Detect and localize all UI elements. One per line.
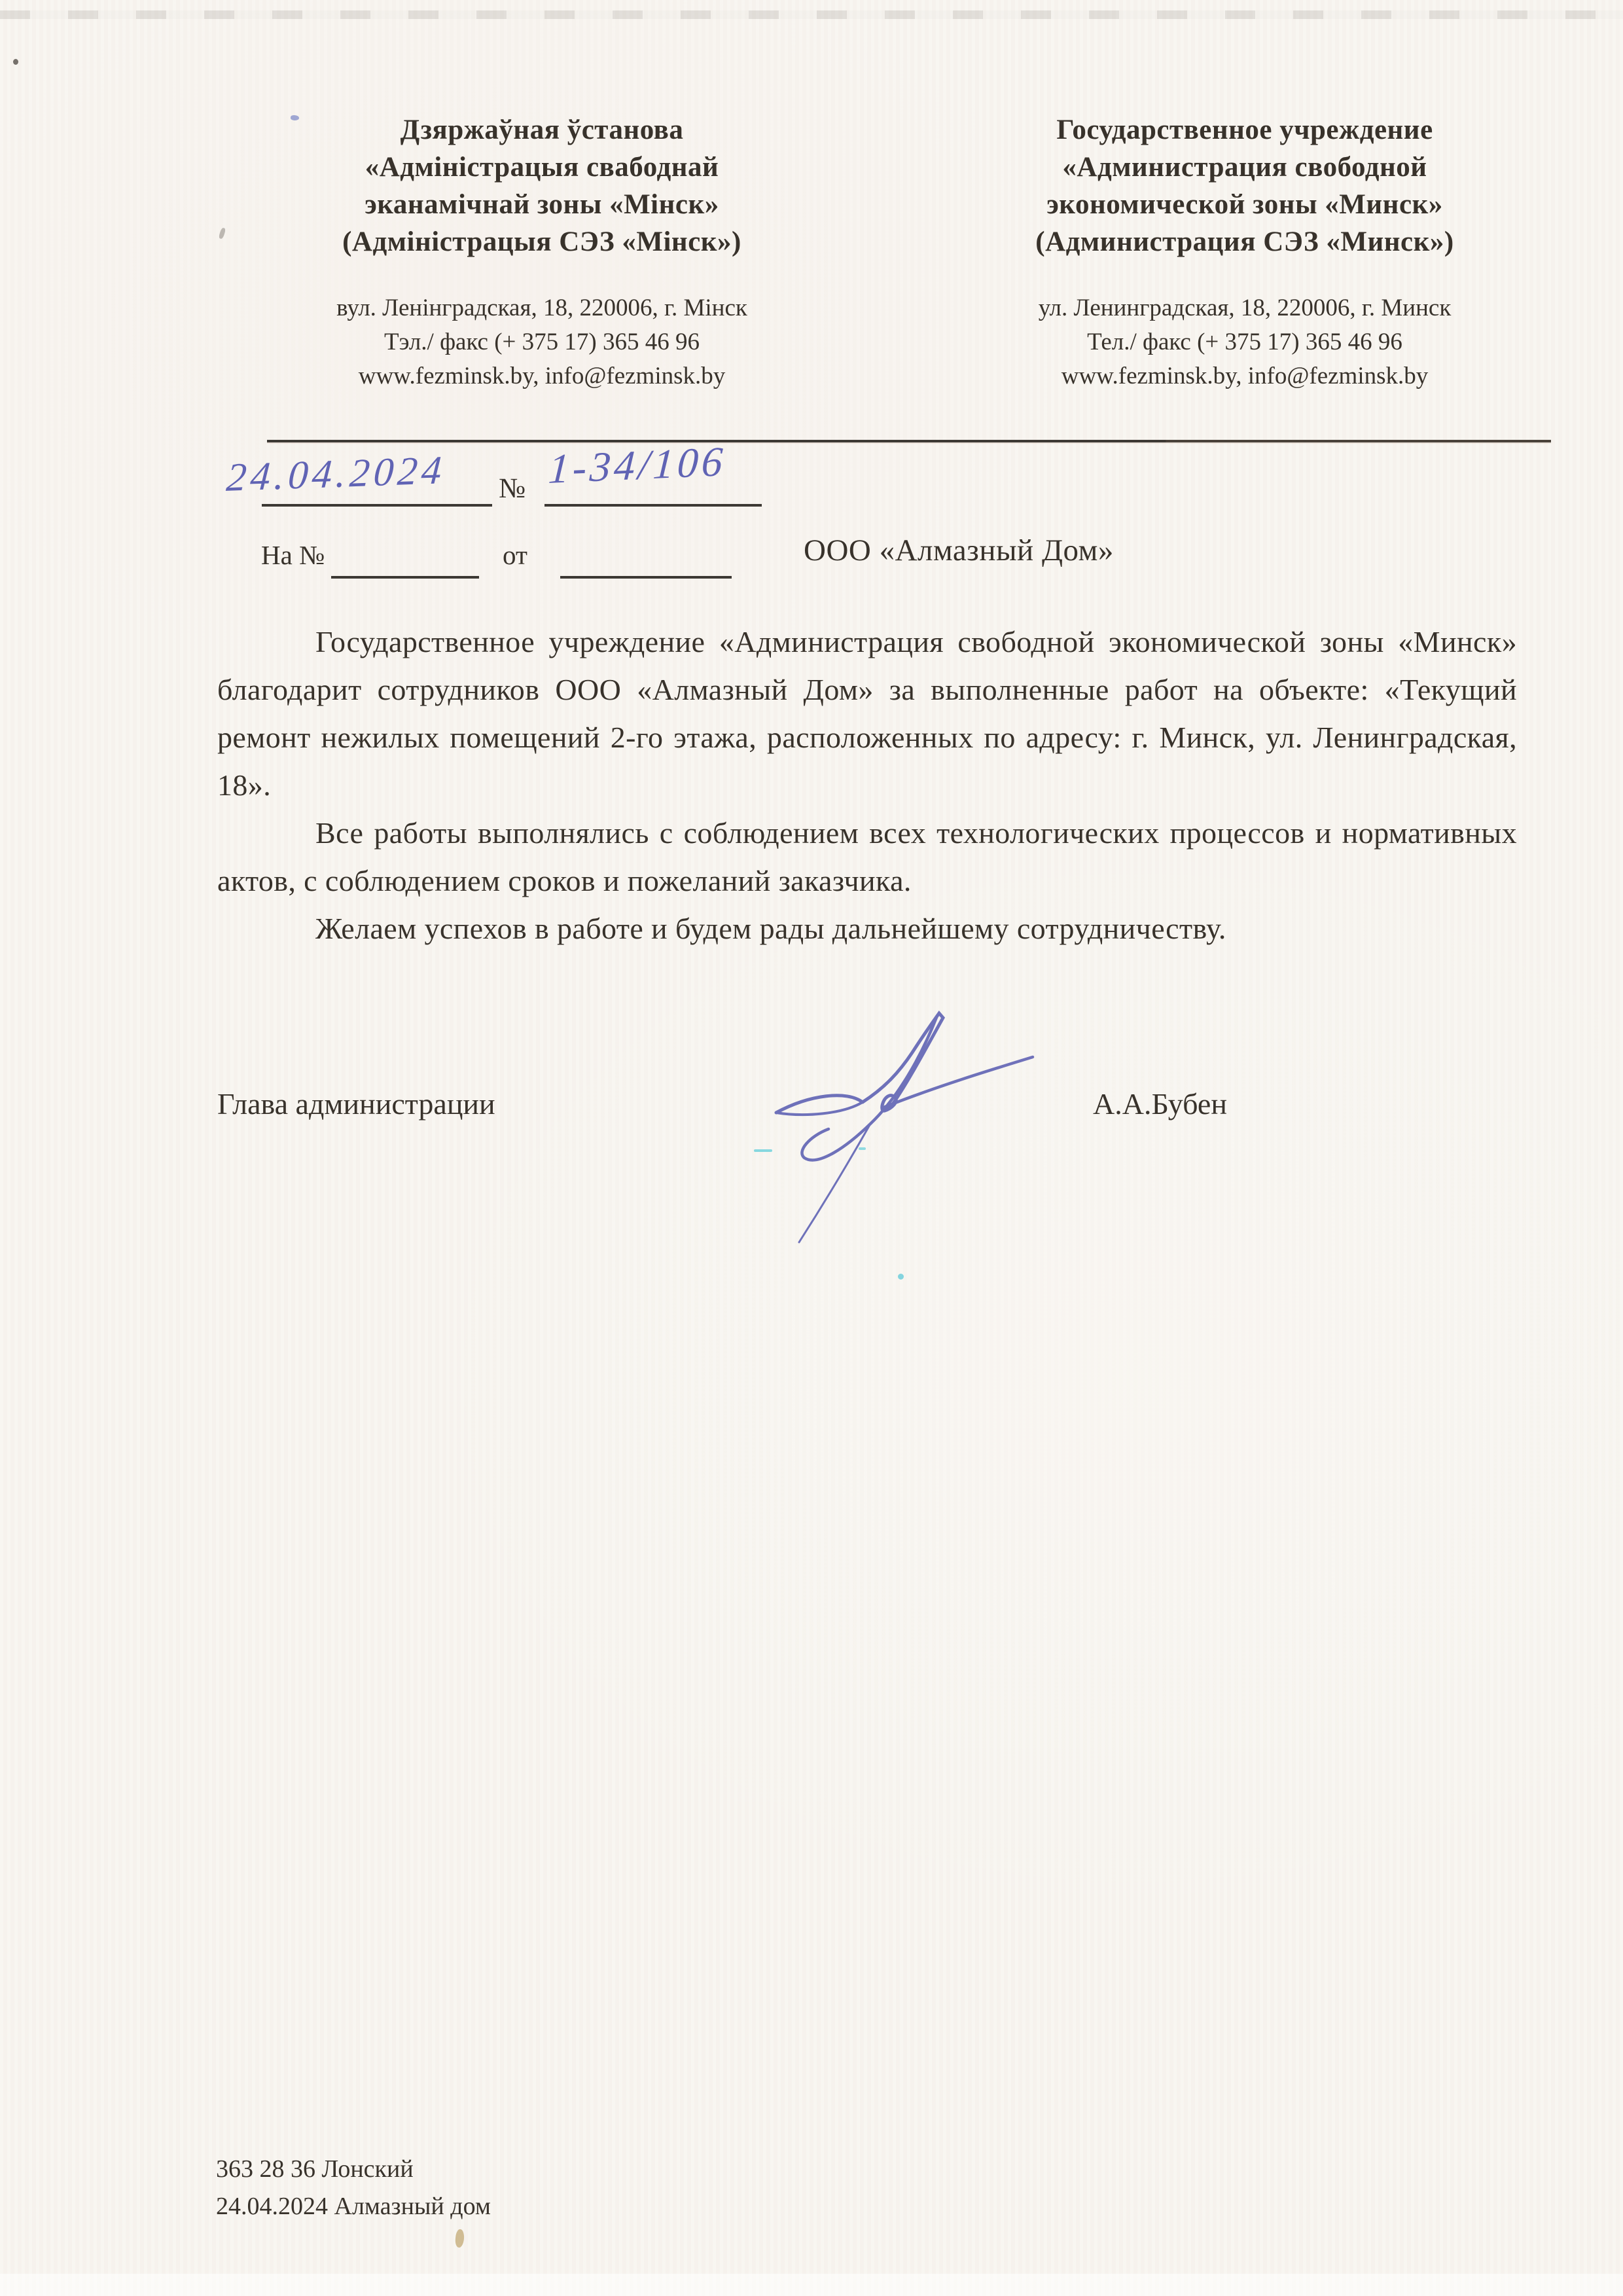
address-line: вул. Ленінградская, 18, 220006, г. Мінск [267, 291, 817, 325]
letterhead-belarusian: Дзяржаўная ўстанова «Адміністрацыя свабо… [267, 111, 817, 393]
footer-contact-line: 363 28 36 Лонский [216, 2151, 491, 2188]
reply-date-underline [560, 576, 732, 579]
org-address-ru: ул. Ленинградская, 18, 220006, г. Минск … [970, 291, 1520, 393]
body-paragraph: Государственное учреждение «Администраци… [217, 618, 1517, 809]
number-underline [544, 504, 762, 507]
scanner-edge-artifact-top [0, 10, 1623, 19]
address-line: Тел./ факс (+ 375 17) 365 46 96 [970, 325, 1520, 359]
paper-speck [219, 227, 226, 239]
address-line: ул. Ленинградская, 18, 220006, г. Минск [970, 291, 1520, 325]
letterhead-russian: Государственное учреждение «Администраци… [970, 111, 1520, 393]
scanner-edge-artifact-bottom [0, 2274, 1623, 2296]
org-title-line: эканамічнай зоны «Мінск» [267, 186, 817, 223]
footer-block: 363 28 36 Лонский 24.04.2024 Алмазный до… [216, 2151, 491, 2225]
body-paragraph: Все работы выполнялись с соблюдением все… [217, 809, 1517, 905]
org-title-line: «Адміністрацыя свабоднай [267, 149, 817, 186]
address-line: www.fezminsk.by, info@fezminsk.by [267, 359, 817, 393]
paper-speck [13, 59, 18, 65]
letter-body: Государственное учреждение «Администраци… [217, 618, 1517, 952]
paper-speck [898, 1274, 904, 1280]
reply-number-underline [331, 576, 479, 579]
org-title-line: Государственное учреждение [970, 111, 1520, 149]
org-title-by: Дзяржаўная ўстанова «Адміністрацыя свабо… [267, 111, 817, 260]
org-title-line: Дзяржаўная ўстанова [267, 111, 817, 149]
org-title-line: (Адміністрацыя СЭЗ «Мінск») [267, 223, 817, 260]
handwritten-outgoing-date: 24.04.2024 [225, 448, 447, 501]
paper-speck [455, 2229, 465, 2248]
reply-from-label: от [503, 539, 527, 571]
address-line: www.fezminsk.by, info@fezminsk.by [970, 359, 1520, 393]
date-underline [262, 504, 492, 507]
paper-speck [859, 1147, 866, 1150]
number-sign-label: № [499, 473, 526, 505]
org-title-line: (Администрация СЭЗ «Минск») [970, 223, 1520, 260]
signer-name: А.А.Бубен [1093, 1086, 1227, 1121]
signer-position: Глава администрации [217, 1086, 495, 1121]
org-title-line: «Администрация свободной [970, 149, 1520, 186]
address-line: Тэл./ факс (+ 375 17) 365 46 96 [267, 325, 817, 359]
reply-to-number-label: На № [261, 539, 325, 571]
paper-speck [754, 1149, 772, 1152]
footer-date-line: 24.04.2024 Алмазный дом [216, 2188, 491, 2225]
org-title-ru: Государственное учреждение «Администраци… [970, 111, 1520, 260]
recipient-name: ООО «Алмазный Дом» [804, 533, 1114, 568]
org-title-line: экономической зоны «Минск» [970, 186, 1520, 223]
scanned-letter-page: Дзяржаўная ўстанова «Адміністрацыя свабо… [0, 0, 1623, 2296]
body-paragraph: Желаем успехов в работе и будем рады дал… [217, 905, 1517, 952]
letterhead-separator-line [267, 440, 1551, 442]
org-address-by: вул. Ленінградская, 18, 220006, г. Мінск… [267, 291, 817, 393]
handwritten-outgoing-number: 1-34/106 [547, 437, 727, 493]
